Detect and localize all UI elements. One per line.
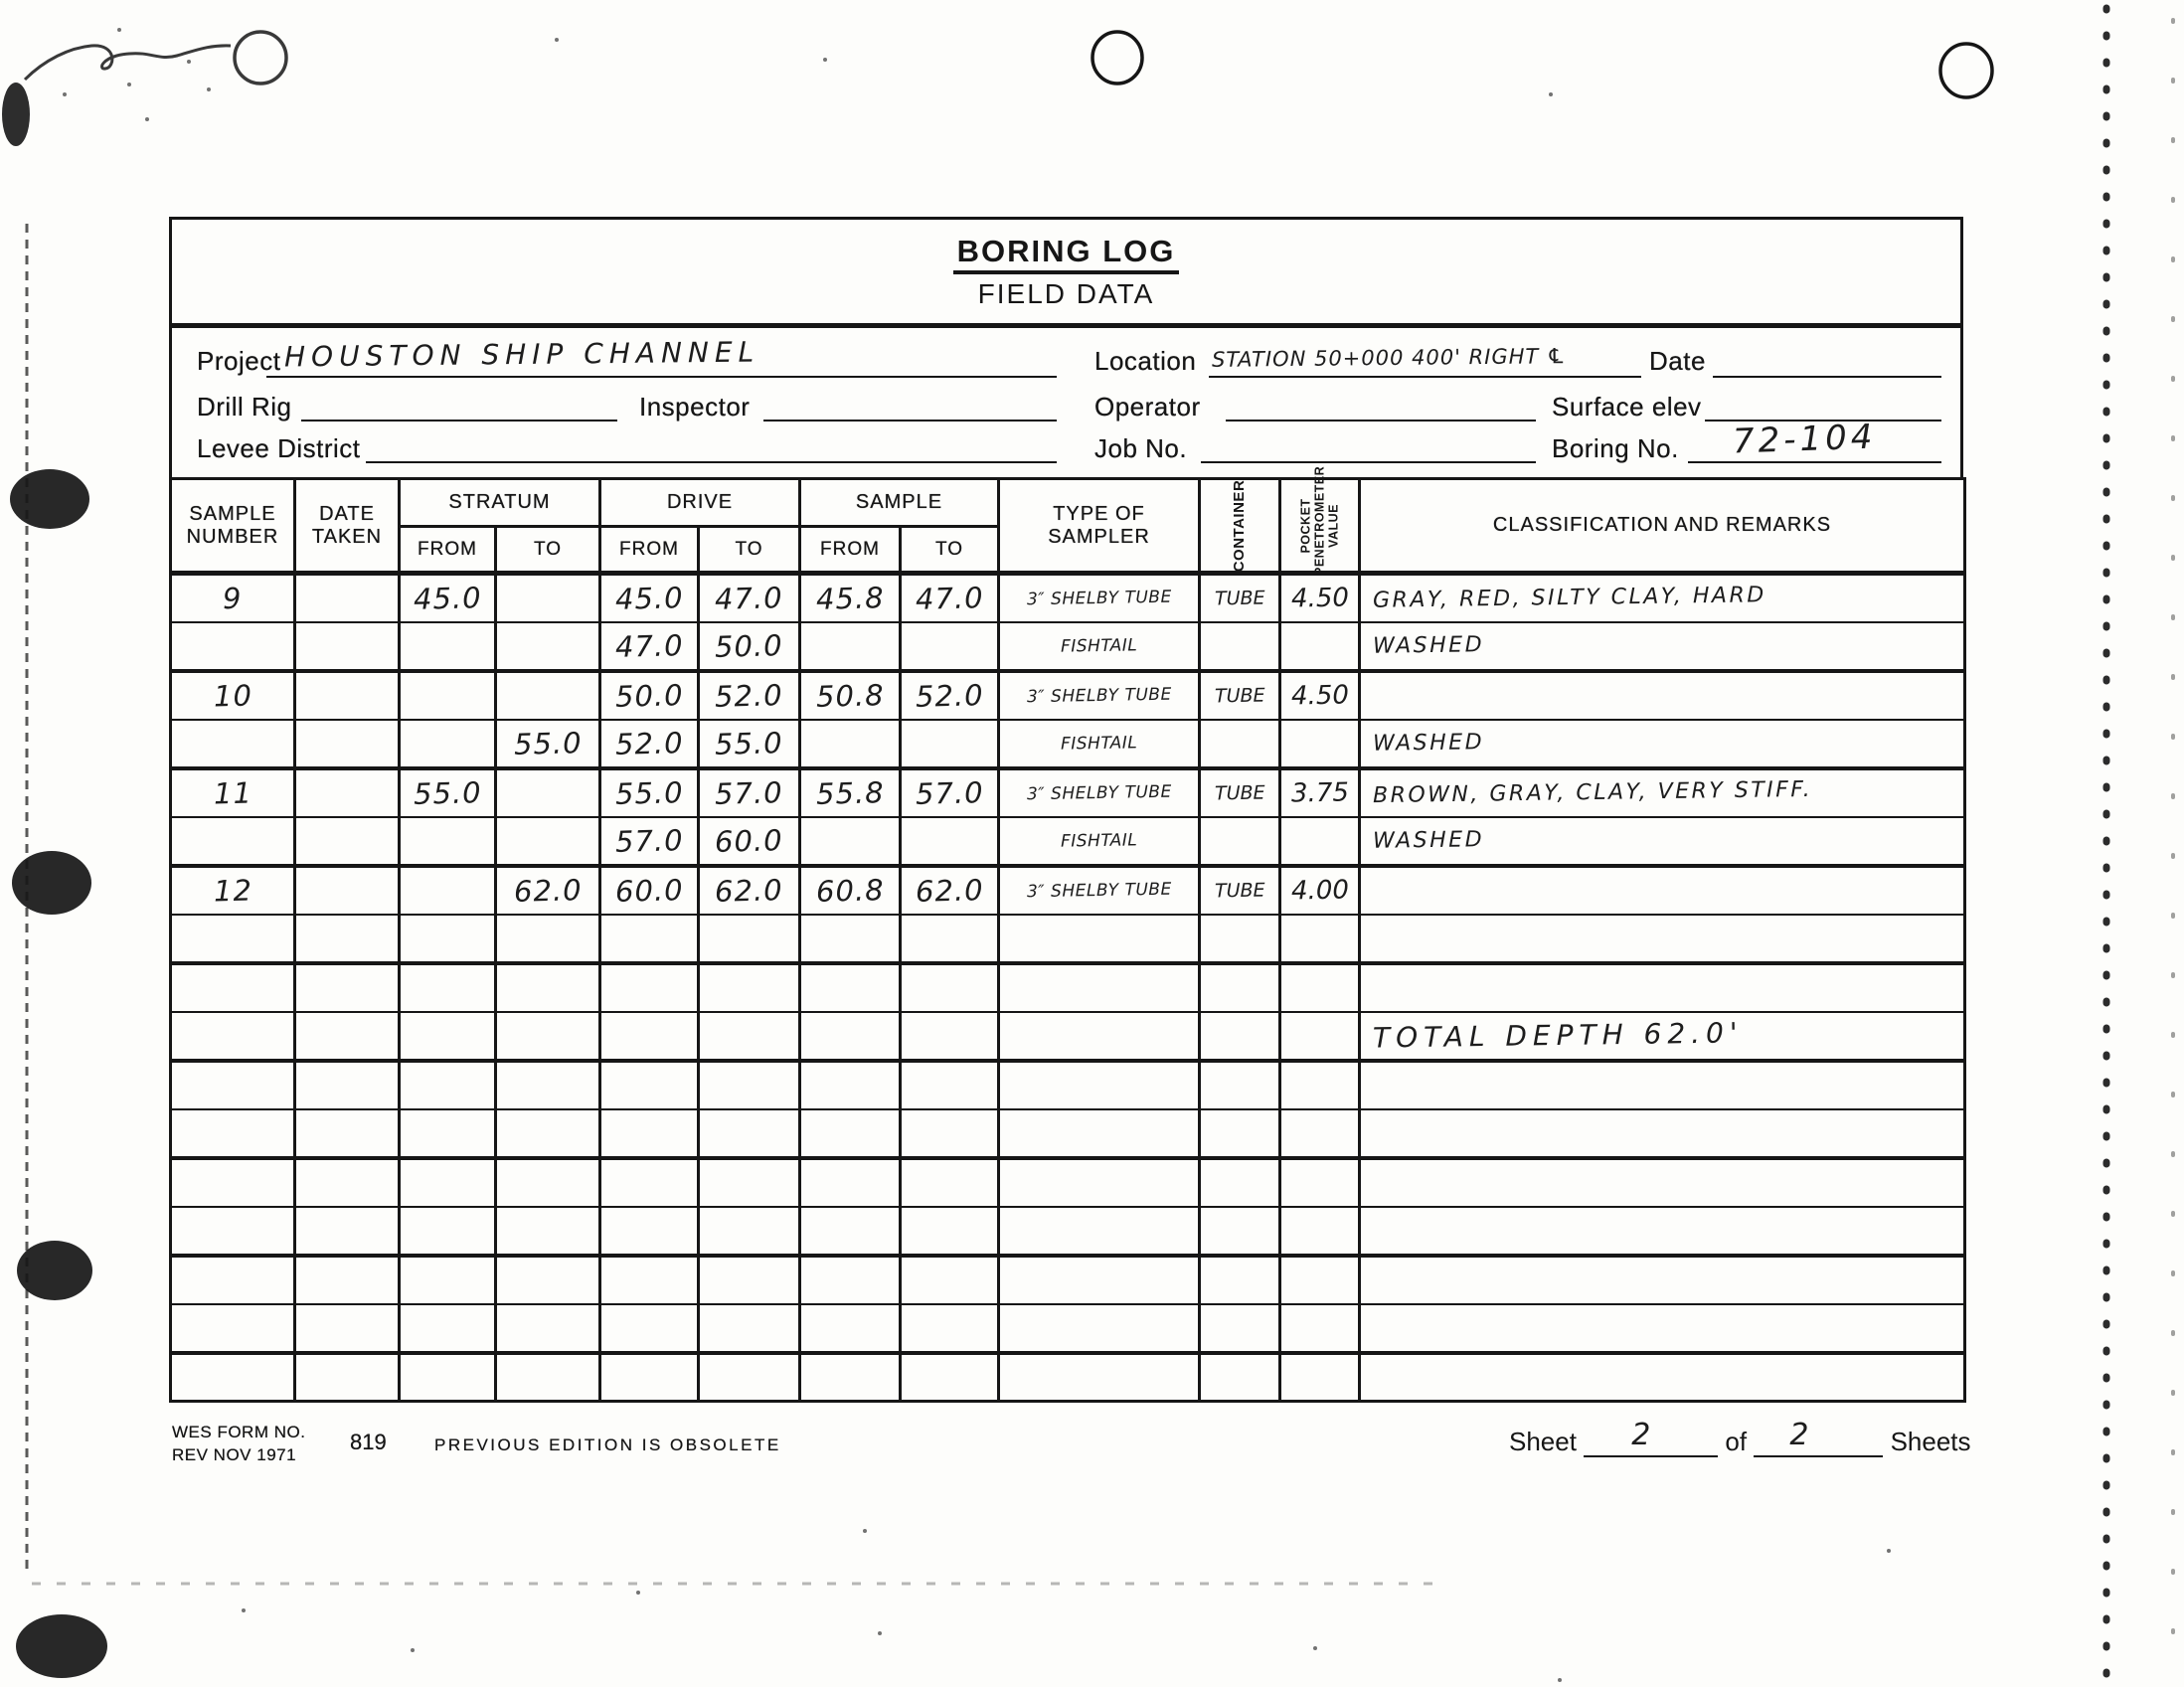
cell-penetrometer [1280,963,1360,1012]
levee-district-field [366,461,1057,463]
cell-drive-from [600,1061,699,1109]
cell-stratum-to [496,817,600,866]
cell-stratum-from [400,1109,496,1158]
cell-drive-from: 45.0 [600,574,699,622]
cell-date-taken [295,1158,400,1207]
table-row: 1050.052.050.852.03″ SHELBY TUBETUBE4.50 [171,671,1965,720]
cell-drive-to [699,1109,800,1158]
cell-sample-from [800,963,901,1012]
handwritten-value: 52.0 [915,678,983,714]
cell-sample-number [171,1207,295,1256]
cell-classification [1360,1256,1965,1304]
handwritten-value: WASHED [1373,827,1484,854]
cell-stratum-from [400,671,496,720]
cell-stratum-to [496,1109,600,1158]
cell-penetrometer [1280,1012,1360,1061]
cell-stratum-to [496,915,600,963]
cell-date-taken [295,866,400,915]
handwritten-value: TOTAL DEPTH 62.0' [1373,1016,1744,1054]
handwritten-value: 62.0 [513,873,582,909]
handwritten-value: 62.0 [915,873,983,909]
cell-stratum-from [400,1061,496,1109]
cell-sample-from: 45.8 [800,574,901,622]
cell-stratum-to [496,1012,600,1061]
table-row: 55.052.055.0FISHTAILWASHED [171,720,1965,768]
handwritten-value: 9 [223,582,243,615]
cell-date-taken [295,574,400,622]
cell-date-taken [295,1012,400,1061]
cell-penetrometer [1280,1207,1360,1256]
cell-stratum-from [400,1256,496,1304]
cell-date-taken [295,817,400,866]
drill-rig-field [301,420,617,422]
handwritten-value: 11 [213,775,252,810]
cell-sample-to [901,1304,999,1353]
cell-sample-number [171,1353,295,1402]
table-row [171,1109,1965,1158]
cell-sample-to: 52.0 [901,671,999,720]
handwritten-value: 3″ SHELBY TUBE [1026,781,1171,804]
location-label: Location [1094,346,1196,377]
cell-penetrometer: 4.50 [1280,671,1360,720]
cell-container [1200,1109,1280,1158]
cell-sample-to [901,720,999,768]
cell-sample-to [901,1256,999,1304]
cell-drive-from: 57.0 [600,817,699,866]
cell-classification: WASHED [1360,622,1965,671]
cell-sampler [999,1304,1200,1353]
cell-container [1200,915,1280,963]
sheet-number-blank: 2 [1584,1424,1718,1457]
handwritten-value: 57.0 [614,823,683,859]
table-row: 47.050.0FISHTAILWASHED [171,622,1965,671]
table-row [171,1061,1965,1109]
cell-stratum-to [496,1304,600,1353]
handwritten-value: FISHTAIL [1061,635,1138,656]
cell-date-taken [295,622,400,671]
cell-sample-number [171,915,295,963]
handwritten-value: 57.0 [915,775,983,811]
cell-sampler [999,1012,1200,1061]
cell-stratum-to: 62.0 [496,866,600,915]
cell-sample-from [800,1304,901,1353]
cell-drive-from [600,1207,699,1256]
cell-sample-to [901,1061,999,1109]
cell-drive-to: 57.0 [699,768,800,817]
handwritten-value: TUBE [1215,781,1265,804]
project-label: Project [197,346,280,377]
cell-sample-to: 47.0 [901,574,999,622]
of-label: of [1725,1427,1747,1457]
boring-no-value: 72-104 [1732,417,1877,461]
handwritten-value: 4.50 [1290,583,1348,613]
drive-to-header: TO [699,527,800,574]
cell-drive-to [699,1256,800,1304]
cell-sample-to [901,817,999,866]
wes-form-line1: WES FORM NO. [172,1422,305,1444]
cell-stratum-from [400,1353,496,1402]
total-sheets-blank: 2 [1754,1424,1883,1457]
col-header-type-of-sampler: TYPE OF SAMPLER [999,479,1200,574]
cell-drive-to [699,1061,800,1109]
sheet-label: Sheet [1509,1427,1577,1457]
cell-sample-from [800,1158,901,1207]
cell-sample-to [901,1012,999,1061]
form-title: BORING LOG [953,234,1180,274]
date-field [1713,376,1941,378]
handwritten-value: 50.0 [614,678,683,714]
cell-sample-number: 9 [171,574,295,622]
sample-from-header: FROM [800,527,901,574]
cell-sampler: 3″ SHELBY TUBE [999,866,1200,915]
handwritten-value: 10 [213,678,252,713]
table-row [171,1256,1965,1304]
col-header-drive: DRIVE [600,479,800,527]
handwritten-value: TUBE [1215,587,1265,609]
table-row [171,1353,1965,1402]
table-row [171,1207,1965,1256]
cell-container [1200,817,1280,866]
cell-sample-from: 50.8 [800,671,901,720]
cell-penetrometer [1280,1109,1360,1158]
cell-container: TUBE [1200,768,1280,817]
table-row [171,1304,1965,1353]
form-number: 819 [350,1430,387,1455]
cell-sample-number [171,1012,295,1061]
cell-date-taken [295,1109,400,1158]
title-block: BORING LOG FIELD DATA [169,217,1963,328]
obsolete-note: PREVIOUS EDITION IS OBSOLETE [434,1435,781,1455]
boring-no-label: Boring No. [1552,433,1679,464]
table-row: 57.060.0FISHTAILWASHED [171,817,1965,866]
handwritten-value: 52.0 [614,726,683,761]
cell-stratum-from [400,866,496,915]
total-sheets-value: 2 [1789,1418,1808,1452]
cell-container [1200,1158,1280,1207]
cell-stratum-to [496,1061,600,1109]
cell-sample-number [171,720,295,768]
handwritten-value: WASHED [1373,730,1484,757]
table-row [171,915,1965,963]
cell-drive-from: 52.0 [600,720,699,768]
handwritten-value: 47.0 [614,628,683,664]
boring-log-table: SAMPLE NUMBER DATE TAKEN STRATUM DRIVE S… [169,477,1966,1403]
cell-date-taken [295,1207,400,1256]
wes-form-number-block: WES FORM NO. REV NOV 1971 [172,1422,305,1467]
cell-classification: WASHED [1360,817,1965,866]
cell-stratum-from [400,1158,496,1207]
cell-date-taken [295,768,400,817]
handwritten-value: TUBE [1215,879,1265,902]
cell-date-taken [295,671,400,720]
cell-drive-from [600,915,699,963]
cell-classification [1360,963,1965,1012]
col-header-date-taken: DATE TAKEN [295,479,400,574]
handwritten-value: GRAY, RED, SILTY CLAY, HARD [1373,583,1766,613]
handwritten-value: 60.0 [715,823,783,859]
cell-sample-from [800,720,901,768]
cell-drive-to [699,1304,800,1353]
stratum-from-header: FROM [400,527,496,574]
cell-sample-from [800,1061,901,1109]
table-row: TOTAL DEPTH 62.0' [171,1012,1965,1061]
cell-drive-to: 50.0 [699,622,800,671]
col-header-sample-number: SAMPLE NUMBER [171,479,295,574]
cell-sample-from: 60.8 [800,866,901,915]
cell-sample-from: 55.8 [800,768,901,817]
cell-sample-number: 11 [171,768,295,817]
cell-stratum-to [496,1256,600,1304]
table-row: 1262.060.062.060.862.03″ SHELBY TUBETUBE… [171,866,1965,915]
job-no-label: Job No. [1094,433,1187,464]
cell-sample-to: 57.0 [901,768,999,817]
handwritten-value: 47.0 [715,581,783,616]
cell-sampler: 3″ SHELBY TUBE [999,768,1200,817]
handwritten-value: 4.00 [1290,875,1348,906]
cell-date-taken [295,1061,400,1109]
cell-sample-from [800,1207,901,1256]
handwritten-value: FISHTAIL [1061,830,1138,851]
handwritten-value: BROWN, GRAY, CLAY, VERY STIFF. [1373,777,1812,808]
cell-drive-to [699,1012,800,1061]
cell-sampler [999,1109,1200,1158]
cell-sampler [999,1353,1200,1402]
cell-stratum-to [496,768,600,817]
handwritten-value: 3″ SHELBY TUBE [1026,684,1171,707]
cell-classification [1360,1061,1965,1109]
sheet-number-value: 2 [1631,1418,1650,1452]
cell-sample-to [901,1207,999,1256]
location-value: STATION 50+000 400' RIGHT ℄ [1212,344,1567,372]
cell-drive-to: 55.0 [699,720,800,768]
sample-to-header: TO [901,527,999,574]
inspector-field [763,420,1057,422]
drill-rig-label: Drill Rig [197,392,292,422]
cell-drive-to [699,915,800,963]
cell-stratum-from [400,622,496,671]
cell-stratum-from [400,1304,496,1353]
cell-drive-from [600,963,699,1012]
cell-sample-number [171,1158,295,1207]
cell-classification [1360,1207,1965,1256]
edge-smudge [17,1241,92,1300]
cell-classification [1360,1304,1965,1353]
cell-drive-to: 60.0 [699,817,800,866]
cell-sampler [999,1061,1200,1109]
cell-sampler [999,963,1200,1012]
cell-sample-from [800,1353,901,1402]
cell-date-taken [295,720,400,768]
hole-punch [1940,44,1992,97]
cell-drive-to [699,1353,800,1402]
cell-drive-to [699,963,800,1012]
cell-sample-number [171,622,295,671]
cell-classification: BROWN, GRAY, CLAY, VERY STIFF. [1360,768,1965,817]
edge-smudge [10,469,89,529]
hole-punch [1092,32,1142,84]
pen-scribble-loop [235,32,286,84]
handwritten-value: 55.0 [614,775,683,811]
cell-sampler: FISHTAIL [999,720,1200,768]
cell-stratum-to [496,1158,600,1207]
scanned-boring-log-page: BORING LOG FIELD DATA Project HOUSTON SH… [0,0,2184,1687]
cell-sample-number: 10 [171,671,295,720]
boring-log-form: BORING LOG FIELD DATA Project HOUSTON SH… [169,217,1963,1410]
cell-container [1200,1061,1280,1109]
cell-drive-to: 52.0 [699,671,800,720]
cell-classification [1360,1353,1965,1402]
table-row [171,1158,1965,1207]
cell-drive-from: 60.0 [600,866,699,915]
handwritten-value: 3″ SHELBY TUBE [1026,587,1171,609]
cell-sample-to [901,1353,999,1402]
handwritten-value: 47.0 [915,581,983,616]
handwritten-value: 4.50 [1290,680,1348,711]
info-block: Project HOUSTON SHIP CHANNEL Location ST… [169,328,1963,477]
cell-penetrometer: 4.00 [1280,866,1360,915]
cell-penetrometer [1280,622,1360,671]
cell-drive-to [699,1207,800,1256]
sheets-label: Sheets [1891,1427,1971,1457]
cell-sample-from [800,915,901,963]
cell-container [1200,622,1280,671]
cell-sample-from [800,817,901,866]
cell-sampler: 3″ SHELBY TUBE [999,574,1200,622]
handwritten-value: 50.0 [715,628,783,664]
cell-sampler [999,915,1200,963]
table-row [171,963,1965,1012]
cell-stratum-to [496,1207,600,1256]
levee-district-label: Levee District [197,433,361,464]
cell-drive-to: 62.0 [699,866,800,915]
cell-stratum-from: 45.0 [400,574,496,622]
edge-smudge [16,1614,107,1678]
edge-smudge [2,83,30,146]
cell-stratum-from [400,1012,496,1061]
handwritten-value: 60.0 [614,873,683,909]
cell-penetrometer [1280,817,1360,866]
cell-classification [1360,1158,1965,1207]
cell-sample-number [171,1304,295,1353]
cell-date-taken [295,915,400,963]
inspector-label: Inspector [639,392,750,422]
handwritten-value: 55.8 [815,775,884,811]
cell-stratum-to [496,671,600,720]
handwritten-value: 60.8 [815,873,884,909]
surface-elev-label: Surface elev [1552,392,1702,422]
cell-sample-from [800,622,901,671]
operator-label: Operator [1094,392,1201,422]
col-header-classification: CLASSIFICATION AND REMARKS [1360,479,1965,574]
cell-sample-to: 62.0 [901,866,999,915]
cell-container [1200,1353,1280,1402]
col-header-container: CONTAINER [1200,479,1280,574]
cell-sampler [999,1158,1200,1207]
cell-sample-number [171,1109,295,1158]
cell-sample-to [901,622,999,671]
drive-from-header: FROM [600,527,699,574]
sheet-count-line: Sheet 2 of 2 Sheets [1509,1424,1971,1457]
cell-drive-from [600,1109,699,1158]
cell-sample-to [901,963,999,1012]
cell-classification [1360,915,1965,963]
cell-drive-from [600,1304,699,1353]
job-no-field [1201,461,1536,463]
cell-drive-from [600,1012,699,1061]
cell-stratum-from [400,915,496,963]
cell-sampler: FISHTAIL [999,817,1200,866]
cell-stratum-to: 55.0 [496,720,600,768]
col-header-pocket-penetrometer: POCKET PENETROMETER VALUE [1280,479,1360,574]
cell-sample-number [171,1061,295,1109]
pocket-penetrometer-vertical-label: POCKET PENETROMETER VALUE [1299,476,1340,576]
cell-sample-from [800,1109,901,1158]
cell-drive-from [600,1256,699,1304]
cell-classification: TOTAL DEPTH 62.0' [1360,1012,1965,1061]
handwritten-value: WASHED [1373,632,1484,659]
cell-classification: GRAY, RED, SILTY CLAY, HARD [1360,574,1965,622]
handwritten-value: 62.0 [715,873,783,909]
handwritten-value: 55.0 [715,726,783,761]
cell-drive-to: 47.0 [699,574,800,622]
cell-penetrometer [1280,915,1360,963]
cell-stratum-from [400,817,496,866]
cell-classification [1360,1109,1965,1158]
cell-stratum-from [400,1207,496,1256]
cell-date-taken [295,1353,400,1402]
cell-penetrometer [1280,1256,1360,1304]
cell-sampler [999,1256,1200,1304]
cell-sample-number [171,963,295,1012]
cell-sample-to [901,1158,999,1207]
cell-penetrometer: 4.50 [1280,574,1360,622]
cell-sample-from [800,1012,901,1061]
cell-stratum-to [496,1353,600,1402]
handwritten-value: 12 [213,873,252,908]
cell-stratum-from [400,720,496,768]
cell-stratum-to [496,574,600,622]
location-field [1209,376,1641,378]
col-header-stratum: STRATUM [400,479,600,527]
cell-sampler: 3″ SHELBY TUBE [999,671,1200,720]
cell-stratum-from: 55.0 [400,768,496,817]
cell-drive-to [699,1158,800,1207]
cell-stratum-from [400,963,496,1012]
cell-classification: WASHED [1360,720,1965,768]
handwritten-value: 3″ SHELBY TUBE [1026,879,1171,902]
cell-drive-from [600,1158,699,1207]
handwritten-value: 45.0 [413,581,481,616]
cell-container [1200,1256,1280,1304]
cell-date-taken [295,1304,400,1353]
cell-penetrometer [1280,1353,1360,1402]
table-row: 945.045.047.045.847.03″ SHELBY TUBETUBE4… [171,574,1965,622]
handwritten-value: 45.0 [614,581,683,616]
cell-container [1200,1207,1280,1256]
operator-field [1226,420,1536,422]
cell-sample-to [901,1109,999,1158]
cell-penetrometer [1280,720,1360,768]
cell-classification [1360,866,1965,915]
cell-drive-from: 55.0 [600,768,699,817]
cell-penetrometer [1280,1061,1360,1109]
cell-date-taken [295,1256,400,1304]
boring-no-field [1688,461,1941,463]
pen-scribble [25,46,231,80]
container-vertical-label: CONTAINER [1232,471,1249,581]
cell-container [1200,963,1280,1012]
cell-drive-from: 50.0 [600,671,699,720]
